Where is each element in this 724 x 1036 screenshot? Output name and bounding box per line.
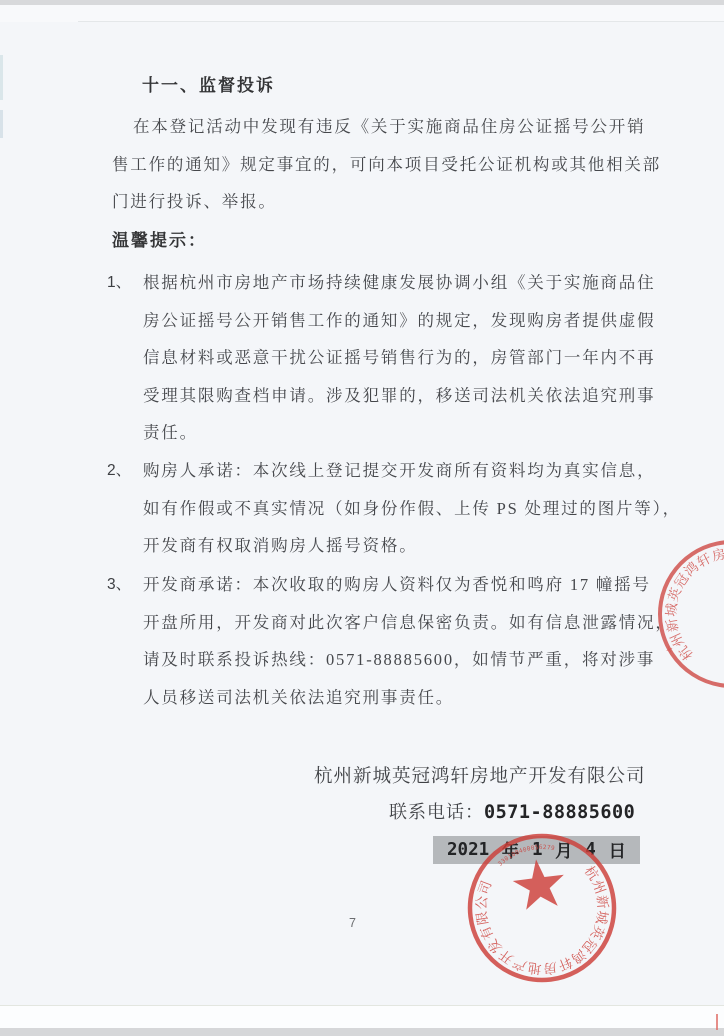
list-item-2: 2、 购房人承诺：本次线上登记提交开发商所有资料均为真实信息， 如有作假或不真实… [107, 452, 681, 565]
list-item-number: 3、 [107, 566, 143, 604]
developer-company-name: 杭州新城英冠鸿轩房地产开发有限公司 [314, 765, 646, 789]
section-heading: 十一、监督投诉 [142, 72, 275, 100]
list-item-line: 责任。 [143, 414, 655, 452]
scan-left-artifact [0, 110, 3, 138]
list-item-line: 开发商有权取消购房人摇号资格。 [143, 527, 681, 565]
seal-star-icon [511, 856, 568, 911]
intro-line: 门进行投诉、举报。 [112, 183, 661, 221]
list-item-line: 开发商承诺：本次收取的购房人资料仅为香悦和鸣府 17 幢摇号 [143, 566, 674, 604]
scan-crease-line [78, 21, 724, 22]
scan-right-red-artifact [716, 1014, 718, 1030]
intro-line: 售工作的通知》规定事宜的，可向本项目受托公证机构或其他相关部 [112, 146, 661, 184]
list-item-line: 请及时联系投诉热线：0571-88885600，如情节严重，将对涉事 [143, 641, 674, 679]
list-item-number: 2、 [107, 452, 143, 490]
list-item-3: 3、 开发商承诺：本次收取的购房人资料仅为香悦和鸣府 17 幢摇号 开盘所用，开… [107, 566, 674, 716]
list-item-number: 1、 [107, 264, 143, 302]
scan-bottom-band [0, 1006, 724, 1028]
page-number: 7 [349, 916, 356, 930]
company-seal-stamp: 杭州新城英冠鸿轩房地产开发有限公司 330100400056279 [453, 819, 631, 997]
contact-phone-label: 联系电话： [389, 802, 484, 822]
list-item-text: 根据杭州市房地产市场持续健康发展协调小组《关于实施商品住 房公证摇号公开销售工作… [143, 264, 655, 452]
list-item-line: 房公证摇号公开销售工作的通知》的规定，发现购房者提供虚假 [143, 302, 655, 340]
scan-top-band [0, 5, 724, 22]
scan-bottom-edge [0, 1028, 724, 1036]
list-item-line: 受理其限购查档申请。涉及犯罪的，移送司法机关依法追究刑事 [143, 377, 655, 415]
list-item-line: 信息材料或恶意干扰公证摇号销售行为的，房管部门一年内不再 [143, 339, 655, 377]
intro-line: 在本登记活动中发现有违反《关于实施商品住房公证摇号公开销 [112, 108, 661, 146]
list-item-line: 根据杭州市房地产市场持续健康发展协调小组《关于实施商品住 [143, 264, 655, 302]
list-item-line: 开盘所用，开发商对此次客户信息保密负责。如有信息泄露情况， [143, 604, 674, 642]
list-item-text: 购房人承诺：本次线上登记提交开发商所有资料均为真实信息， 如有作假或不真实情况（… [143, 452, 681, 565]
list-item-line: 购房人承诺：本次线上登记提交开发商所有资料均为真实信息， [143, 452, 681, 490]
list-item-line: 如有作假或不真实情况（如身份作假、上传 PS 处理过的图片等）， [143, 490, 681, 528]
list-item-text: 开发商承诺：本次收取的购房人资料仅为香悦和鸣府 17 幢摇号 开盘所用，开发商对… [143, 566, 674, 716]
scan-left-artifact [0, 55, 3, 100]
intro-paragraph: 在本登记活动中发现有违反《关于实施商品住房公证摇号公开销 售工作的通知》规定事宜… [112, 108, 661, 221]
list-item-line: 人员移送司法机关依法追究刑事责任。 [143, 679, 674, 717]
tips-heading: 温馨提示： [112, 222, 207, 259]
contact-phone-number: 0571-88885600 [484, 802, 635, 823]
scanned-document-page: 十一、监督投诉 在本登记活动中发现有违反《关于实施商品住房公证摇号公开销 售工作… [0, 0, 724, 1036]
list-item-1: 1、 根据杭州市房地产市场持续健康发展协调小组《关于实施商品住 房公证摇号公开销… [107, 264, 655, 452]
